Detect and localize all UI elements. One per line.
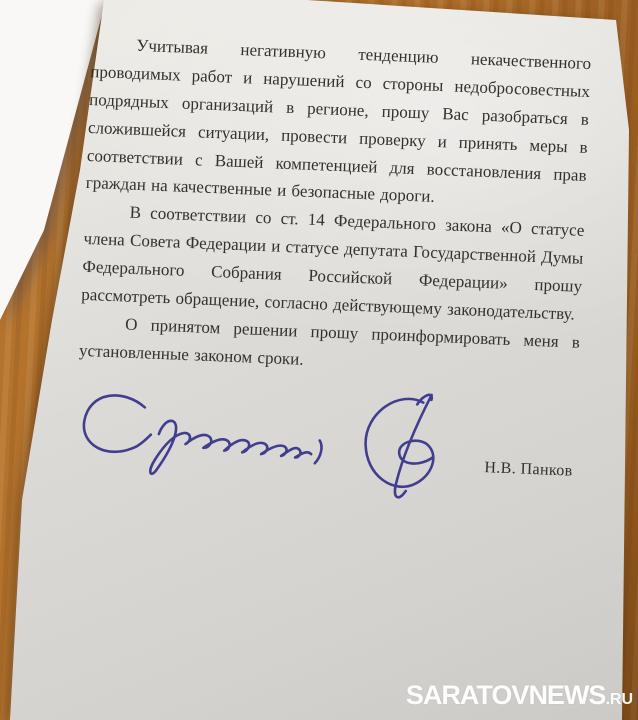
watermark-tld: .RU bbox=[605, 691, 633, 708]
watermark: SARATOVNEWS.RU bbox=[406, 680, 633, 711]
photo-of-letter: Учитывая негативную тенденцию некачестве… bbox=[0, 0, 638, 720]
letter-paragraph: В соответствии со ст. 14 Федерального за… bbox=[81, 197, 585, 328]
handwritten-closing-signature bbox=[43, 377, 468, 519]
signer-name: Н.В. Панков bbox=[484, 455, 573, 485]
watermark-brand: SARATOVNEWS bbox=[406, 680, 606, 710]
letter-body: Учитывая негативную тенденцию некачестве… bbox=[72, 30, 591, 536]
signature-block: Н.В. Панков bbox=[72, 384, 577, 536]
letter-paragraph: Учитывая негативную тенденцию некачестве… bbox=[85, 30, 591, 217]
